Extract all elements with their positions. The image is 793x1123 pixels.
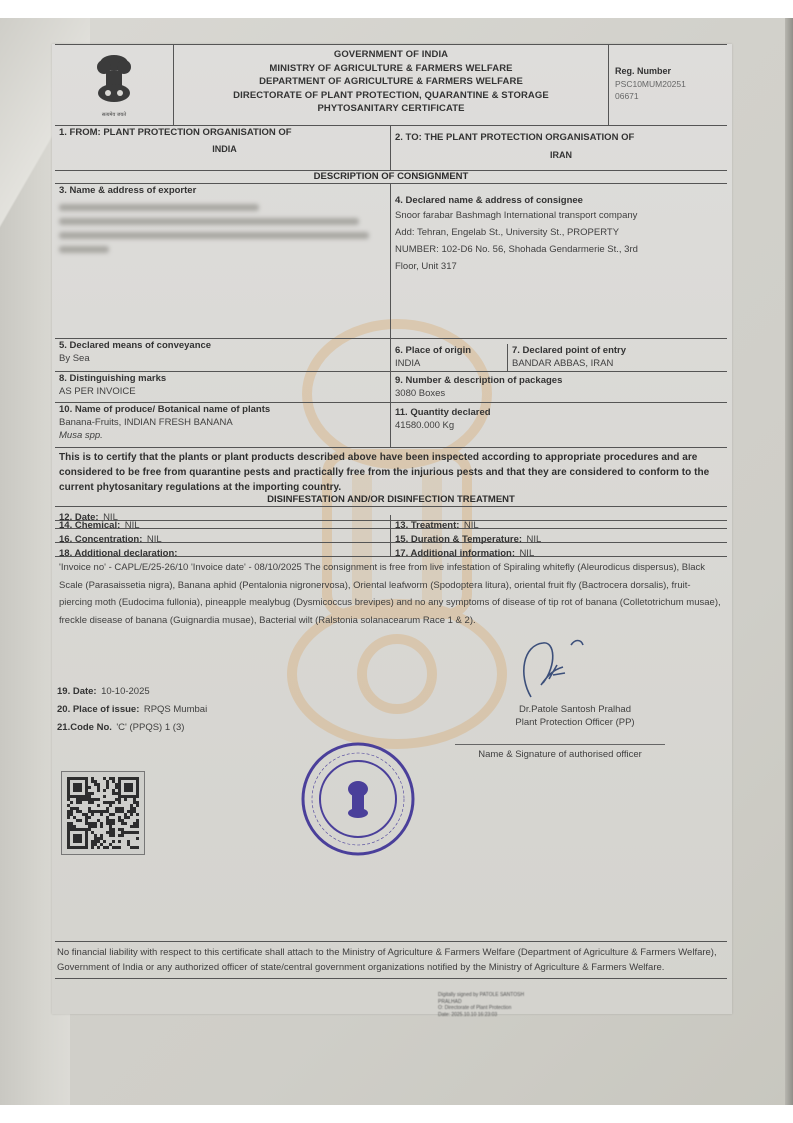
header-line-directorate: DIRECTORATE OF PLANT PROTECTION, QUARANT…: [174, 89, 608, 103]
digital-signature-line-4: Date: 2025.10.10 16:23:03: [438, 1012, 524, 1019]
additional-info-value: NIL: [519, 548, 534, 559]
treatment-row-2: 14. Chemical: NIL 13. Treatment: NIL: [55, 515, 727, 529]
signature-icon: [513, 635, 603, 705]
phytosanitary-certificate: सत्यमेव जयते GOVERNMENT OF INDIA MINISTR…: [52, 44, 732, 1014]
duration-cell: 15. Duration & Temperature: NIL: [391, 529, 727, 542]
exporter-label: 3. Name & address of exporter: [59, 184, 390, 197]
treatment-row-3: 16. Concentration: NIL 15. Duration & Te…: [55, 529, 727, 543]
marks-cell: 8. Distinguishing marks AS PER INVOICE: [55, 372, 391, 402]
packages-label: 9. Number & description of packages: [395, 374, 727, 387]
signature-caption-block: Name & Signature of authorised officer: [455, 744, 665, 761]
entry-point-value: BANDAR ABBAS, IRAN: [512, 357, 727, 370]
code-value: 'C' (PPQS) 1 (3): [116, 722, 184, 733]
certificate-title: PHYTOSANITARY CERTIFICATE: [174, 102, 608, 116]
consignee-line-4: Floor, Unit 317: [395, 258, 727, 275]
consignee-line-3: NUMBER: 102-D6 No. 56, Shohada Gendarmer…: [395, 241, 727, 258]
additional-info-cell: 17. Additional information: NIL: [391, 543, 727, 556]
description-title: DESCRIPTION OF CONSIGNMENT: [55, 171, 727, 184]
conveyance-value: By Sea: [59, 352, 390, 365]
issue-place-value: RPQS Mumbai: [144, 704, 207, 715]
packages-value: 3080 Boxes: [395, 387, 727, 400]
header-line-department: DEPARTMENT OF AGRICULTURE & FARMERS WELF…: [174, 75, 608, 89]
origin-entry-cell: 6. Place of origin INDIA 7. Declared poi…: [391, 339, 727, 371]
marks-row: 8. Distinguishing marks AS PER INVOICE 9…: [55, 372, 727, 403]
quantity-label: 11. Quantity declared: [395, 406, 727, 419]
parties-row: 3. Name & address of exporter 4. Declare…: [55, 184, 727, 339]
concentration-cell: 16. Concentration: NIL: [55, 529, 391, 542]
additional-declaration-text: 'Invoice no' - CAPL/E/25-26/10 'Invoice …: [55, 557, 727, 631]
officer-title: Plant Protection Officer (PP): [485, 716, 665, 729]
digital-signature-line-1: Digitally signed by PATOLE SANTOSH: [438, 992, 524, 999]
officer-name: Dr.Patole Santosh Pralhad: [485, 703, 665, 716]
reg-number-value-2: 06671: [615, 90, 727, 102]
official-stamp-icon: [300, 741, 416, 857]
digital-signature-block: Digitally signed by PATOLE SANTOSH PRALH…: [438, 992, 524, 1018]
from-to-row: 1. FROM: PLANT PROTECTION ORGANISATION O…: [55, 126, 727, 171]
header-line-government: GOVERNMENT OF INDIA: [174, 48, 608, 62]
code-label: 21.Code No.: [57, 722, 112, 733]
qr-code[interactable]: [61, 771, 145, 855]
national-emblem-icon: [92, 53, 136, 111]
produce-label: 10. Name of produce/ Botanical name of p…: [59, 403, 390, 416]
emblem-cell: सत्यमेव जयते: [55, 45, 174, 125]
exporter-cell: 3. Name & address of exporter: [55, 184, 391, 338]
produce-value-2: Musa spp.: [59, 429, 390, 442]
reg-number-label: Reg. Number: [615, 65, 727, 78]
reg-number-value-1: PSC10MUM20251: [615, 78, 727, 90]
conveyance-label: 5. Declared means of conveyance: [59, 339, 390, 352]
issue-place-label: 20. Place of issue:: [57, 704, 139, 715]
to-cell: 2. TO: THE PLANT PROTECTION ORGANISATION…: [391, 126, 727, 170]
consignee-label: 4. Declared name & address of consignee: [395, 194, 727, 207]
officer-block: Dr.Patole Santosh Pralhad Plant Protecti…: [485, 703, 665, 729]
from-value: INDIA: [59, 143, 390, 156]
issue-details: 19. Date: 10-10-2025 20. Place of issue:…: [57, 681, 207, 735]
origin-label: 6. Place of origin: [395, 344, 507, 357]
treatment-row-4: 18. Additional declaration: 17. Addition…: [55, 543, 727, 557]
document-photo: सत्यमेव जयते GOVERNMENT OF INDIA MINISTR…: [0, 18, 793, 1105]
certificate-frame: सत्यमेव जयते GOVERNMENT OF INDIA MINISTR…: [55, 44, 727, 979]
issue-section: 19. Date: 10-10-2025 20. Place of issue:…: [55, 681, 727, 942]
liability-disclaimer: No financial liability with respect to t…: [55, 942, 727, 979]
consignee-line-2: Add: Tehran, Engelab St., University St.…: [395, 224, 727, 241]
from-cell: 1. FROM: PLANT PROTECTION ORGANISATION O…: [55, 126, 391, 170]
additional-declaration-label-cell: 18. Additional declaration:: [55, 543, 391, 556]
to-value: IRAN: [395, 149, 727, 162]
entry-point-cell: 7. Declared point of entry BANDAR ABBAS,…: [508, 344, 727, 371]
certification-statement: This is to certify that the plants or pl…: [55, 448, 727, 497]
treatment-cell: 13. Treatment: NIL: [391, 515, 727, 528]
origin-value: INDIA: [395, 357, 507, 370]
from-label: 1. FROM: PLANT PROTECTION ORGANISATION O…: [59, 126, 390, 139]
header-line-ministry: MINISTRY OF AGRICULTURE & FARMERS WELFAR…: [174, 62, 608, 76]
chemical-cell: 14. Chemical: NIL: [55, 515, 391, 528]
produce-row: 10. Name of produce/ Botanical name of p…: [55, 403, 727, 448]
issue-date-value: 10-10-2025: [101, 686, 150, 697]
qr-code-icon: [67, 777, 139, 849]
emblem-caption: सत्यमेव जयते: [102, 112, 126, 118]
entry-point-label: 7. Declared point of entry: [512, 344, 727, 357]
treatment-title: DISINFESTATION AND/OR DISINFECTION TREAT…: [55, 494, 727, 507]
additional-info-label: 17. Additional information:: [395, 548, 515, 559]
issue-date-label: 19. Date:: [57, 686, 97, 697]
produce-cell: 10. Name of produce/ Botanical name of p…: [55, 403, 391, 447]
consignee-cell: 4. Declared name & address of consignee …: [391, 184, 727, 338]
to-label: 2. TO: THE PLANT PROTECTION ORGANISATION…: [395, 131, 727, 144]
quantity-cell: 11. Quantity declared 41580.000 Kg: [391, 403, 727, 447]
packages-cell: 9. Number & description of packages 3080…: [391, 372, 727, 402]
origin-cell: 6. Place of origin INDIA: [391, 344, 508, 371]
produce-value-1: Banana-Fruits, INDIAN FRESH BANANA: [59, 416, 390, 429]
marks-label: 8. Distinguishing marks: [59, 372, 390, 385]
additional-declaration-label: 18. Additional declaration:: [59, 548, 177, 559]
exporter-redacted: [59, 204, 390, 253]
quantity-value: 41580.000 Kg: [395, 419, 727, 432]
marks-value: AS PER INVOICE: [59, 385, 390, 398]
header-titles: GOVERNMENT OF INDIA MINISTRY OF AGRICULT…: [174, 45, 608, 125]
consignee-line-1: Snoor farabar Bashmagh International tra…: [395, 207, 727, 224]
signature-caption: Name & Signature of authorised officer: [455, 748, 665, 761]
conveyance-row: 5. Declared means of conveyance By Sea 6…: [55, 339, 727, 372]
digital-signature-line-3: O: Directorate of Plant Protection: [438, 1005, 524, 1012]
photo-right-edge: [785, 18, 793, 1105]
certificate-header: सत्यमेव जयते GOVERNMENT OF INDIA MINISTR…: [55, 44, 727, 126]
reg-number-cell: Reg. Number PSC10MUM20251 06671: [608, 45, 727, 125]
conveyance-cell: 5. Declared means of conveyance By Sea: [55, 339, 391, 371]
